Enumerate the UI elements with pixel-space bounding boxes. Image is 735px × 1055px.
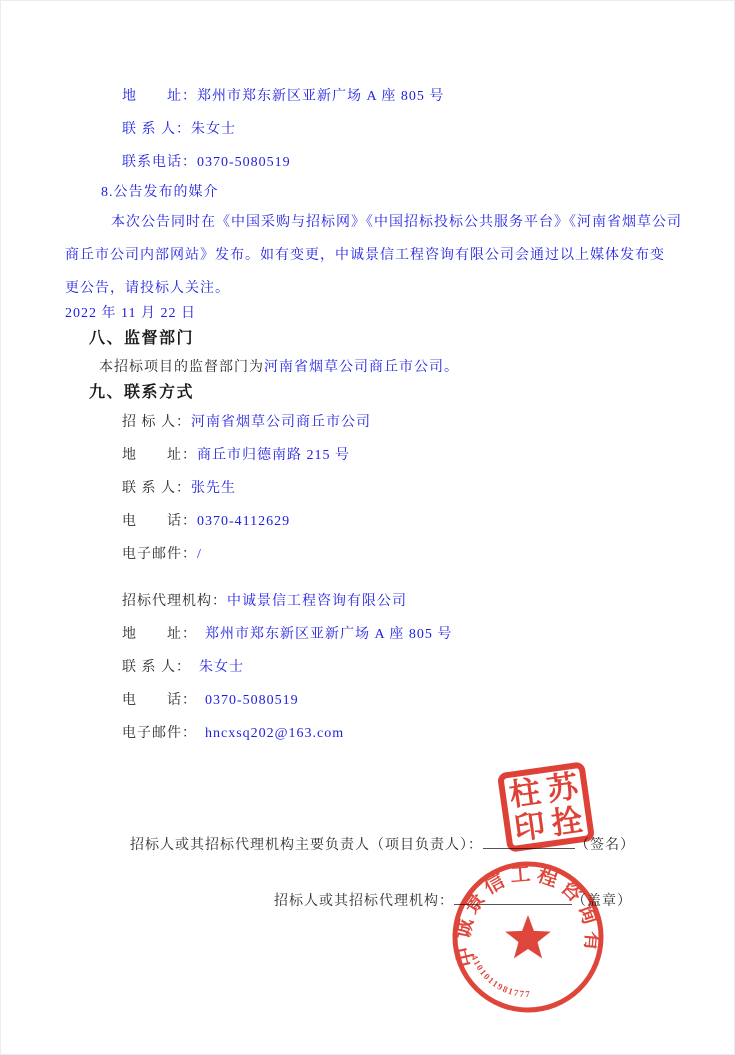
agency-email-line: 电子邮件： hncxsq202@163.com: [122, 724, 344, 744]
contact-label: 联 系 人：: [122, 122, 191, 137]
tenderer-phone-line: 电 话：0370-4112629: [122, 512, 290, 532]
address-value: 郑州市郑东新区亚新广场 A 座 805 号: [197, 89, 444, 104]
company-stamp: 中诚景信工程咨询有限公司 4101011981777: [449, 858, 607, 1016]
agency-name-line: 招标代理机构：中诚景信工程咨询有限公司: [122, 592, 407, 612]
personal-seal-char-tl: 柱: [507, 775, 542, 810]
tenderer-name-label: 招 标 人：: [122, 415, 191, 430]
agency-contact-line: 联 系 人： 朱女士: [122, 658, 244, 678]
agency-address-label: 地 址：: [122, 627, 205, 642]
personal-seal: 柱 苏 印 拴: [497, 761, 595, 852]
tenderer-contact-value: 张先生: [191, 481, 236, 496]
personal-seal-char-bl: 印: [512, 809, 547, 844]
tenderer-phone-value: 0370-4112629: [197, 514, 290, 529]
tenderer-phone-label: 电 话：: [122, 514, 197, 529]
tenderer-name-value: 河南省烟草公司商丘市公司: [191, 415, 371, 430]
agency-email-label: 电子邮件：: [122, 726, 205, 741]
agency-email-value: hncxsq202@163.com: [205, 726, 344, 741]
agency-address-value: 郑州市郑东新区亚新广场 A 座 805 号: [205, 627, 452, 642]
media-paragraph-line-1: 本次公告同时在《中国采购与招标网》《中国招标投标公共服务平台》《河南省烟草公司: [111, 213, 682, 233]
top-phone-line: 联系电话：0370-5080519: [122, 153, 291, 173]
supervision-body: 本招标项目的监督部门为河南省烟草公司商丘市公司。: [99, 358, 459, 378]
contact-value: 朱女士: [191, 122, 236, 137]
phone-label: 联系电话：: [122, 155, 197, 170]
top-address-line: 地 址：郑州市郑东新区亚新广场 A 座 805 号: [122, 87, 444, 107]
agency-phone-line: 电 话： 0370-5080519: [122, 691, 299, 711]
agency-phone-label: 电 话：: [122, 693, 205, 708]
principal-signature-prefix: 招标人或其招标代理机构主要负责人（项目负责人）：: [130, 838, 483, 853]
tenderer-contact-line: 联 系 人：张先生: [122, 479, 236, 499]
company-stamp-name-text: 中诚景信工程咨询有限公司: [449, 858, 606, 969]
tenderer-email-label: 电子邮件：: [122, 547, 197, 562]
personal-seal-char-tr: 苏: [545, 770, 580, 805]
top-contact-line: 联 系 人：朱女士: [122, 120, 236, 140]
supervision-heading: 八、监督部门: [89, 329, 194, 349]
address-label: 地 址：: [122, 89, 197, 104]
supervision-body-prefix: 本招标项目的监督部门为: [99, 360, 264, 375]
phone-value: 0370-5080519: [197, 155, 291, 170]
tenderer-address-line: 地 址：商丘市归德南路 215 号: [122, 446, 350, 466]
tenderer-name-line: 招 标 人：河南省烟草公司商丘市公司: [122, 413, 371, 433]
tenderer-email-line: 电子邮件：/: [122, 545, 202, 565]
star-icon: [505, 915, 551, 958]
agency-contact-label: 联 系 人：: [122, 660, 199, 675]
supervision-body-value: 河南省烟草公司商丘市公司。: [264, 360, 459, 375]
tenderer-address-label: 地 址：: [122, 448, 197, 463]
agency-address-line: 地 址： 郑州市郑东新区亚新广场 A 座 805 号: [122, 625, 452, 645]
document-page: 地 址：郑州市郑东新区亚新广场 A 座 805 号 联 系 人：朱女士 联系电话…: [0, 0, 735, 1055]
agency-name-label: 招标代理机构：: [122, 594, 227, 609]
tenderer-email-value: /: [197, 547, 202, 562]
tenderer-address-value: 商丘市归德南路 215 号: [197, 448, 350, 463]
agency-contact-value: 朱女士: [199, 660, 244, 675]
agency-name-value: 中诚景信工程咨询有限公司: [227, 594, 407, 609]
media-paragraph-line-2: 商丘市公司内部网站》发布。如有变更，中诚景信工程咨询有限公司会通过以上媒体发布变: [65, 246, 665, 266]
agency-stamp-prefix: 招标人或其招标代理机构：: [274, 894, 454, 909]
tenderer-contact-label: 联 系 人：: [122, 481, 191, 496]
personal-seal-char-br: 拴: [550, 804, 585, 839]
media-paragraph-line-3: 更公告，请投标人关注。: [65, 279, 230, 299]
announcement-date: 2022 年 11 月 22 日: [65, 304, 196, 324]
agency-phone-value: 0370-5080519: [205, 693, 299, 708]
contact-heading: 九、联系方式: [89, 383, 194, 403]
media-heading: 8.公告发布的媒介: [101, 183, 219, 203]
